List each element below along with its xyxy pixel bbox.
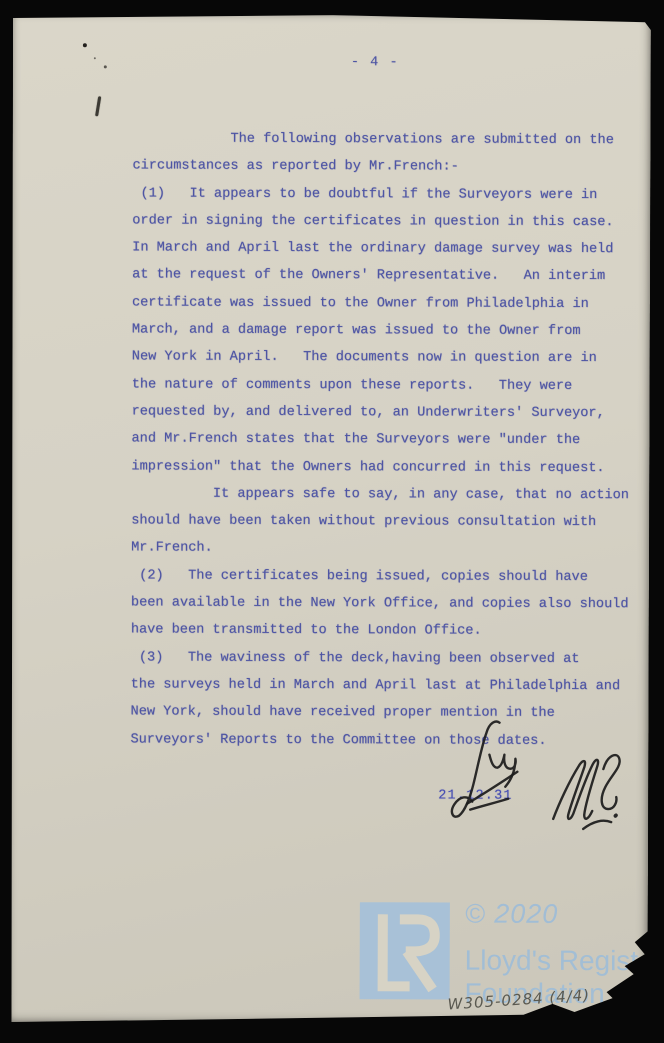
logo-letter-R-leg xyxy=(407,951,433,989)
logo-letter-R-bowl xyxy=(400,919,435,951)
lloyds-register-logo xyxy=(360,902,450,999)
document-line: The following observations are submitted… xyxy=(133,125,663,154)
document-body: The following observations are submitted… xyxy=(130,125,662,755)
document-line: It appears safe to say, in any case, tha… xyxy=(131,480,661,509)
document-line: New York, should have received proper me… xyxy=(131,699,661,728)
document-line: been available in the New York Office, a… xyxy=(131,589,661,618)
document-line: (2) The certificates being issued, copie… xyxy=(131,562,661,591)
paper-speck xyxy=(94,57,96,59)
document-line: and Mr.French states that the Surveyors … xyxy=(131,426,661,455)
pencil-mark xyxy=(95,96,101,116)
signature-right xyxy=(545,747,635,842)
watermark-copyright: © 2020 xyxy=(465,899,559,930)
document-line: have been transmitted to the London Offi… xyxy=(131,617,661,646)
document-line: impression" that the Owners had concurre… xyxy=(131,453,661,482)
document-line: Mr.French. xyxy=(131,535,661,564)
signature-left xyxy=(437,716,532,826)
document-line: (1) It appears to be doubtful if the Sur… xyxy=(132,180,662,209)
document-line: the surveys held in March and April last… xyxy=(131,671,661,700)
document-line: New York in April. The documents now in … xyxy=(132,344,662,373)
document-page: - 4 - The following observations are sub… xyxy=(9,13,651,1024)
document-line: at the request of the Owners' Representa… xyxy=(132,262,662,291)
paper-speck xyxy=(104,65,107,68)
document-line: the nature of comments upon these report… xyxy=(132,371,662,400)
document-line: (3) The waviness of the deck,having been… xyxy=(131,644,661,673)
watermark-org-line1: Lloyd's Register xyxy=(465,945,663,978)
document-line: In March and April last the ordinary dam… xyxy=(132,235,662,264)
paper-speck xyxy=(83,43,87,47)
page-number: - 4 - xyxy=(351,55,399,70)
document-line: circumstances as reported by Mr.French:- xyxy=(132,153,662,182)
scan-background: - 4 - The following observations are sub… xyxy=(0,0,664,1043)
document-line: order in signing the certificates in que… xyxy=(132,207,662,236)
document-line: should have been taken without previous … xyxy=(131,508,661,537)
document-line: certificate was issued to the Owner from… xyxy=(132,289,662,318)
document-line: requested by, and delivered to, an Under… xyxy=(132,398,662,427)
document-line: March, and a damage report was issued to… xyxy=(132,316,662,345)
